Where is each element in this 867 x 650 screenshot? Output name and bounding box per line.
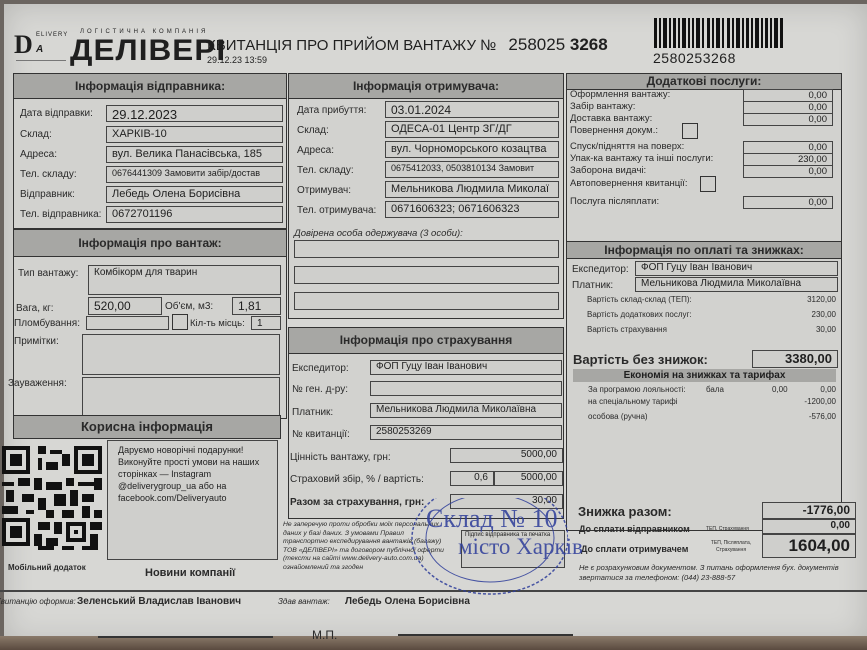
service-label: Оформлення вантажу:	[570, 89, 670, 100]
places-field[interactable]: 1	[251, 316, 281, 330]
payment-disclaimer: Не є розрахунковим документом. З питань …	[579, 563, 839, 582]
recipient-field-value[interactable]: вул. Чорноморського козацтва	[385, 141, 559, 158]
table-edge	[0, 636, 867, 650]
payment-forwarder-label: Експедитор:	[572, 264, 629, 275]
sender-field-label: Тел. складу:	[20, 169, 77, 180]
contract-number-label: № ген. д-ру:	[292, 384, 348, 395]
services-heading: Додаткові послуги:	[567, 74, 841, 90]
service-label: Доставка вантажу:	[570, 113, 652, 124]
seal-field[interactable]	[86, 316, 169, 330]
insurance-panel: Інформація про страхування	[288, 327, 564, 519]
sender-field-value[interactable]: 0672701196	[106, 206, 283, 223]
trusted-person-field[interactable]	[294, 292, 559, 310]
insurance-heading: Інформація про страхування	[289, 328, 563, 354]
trusted-person-field[interactable]	[294, 266, 559, 284]
barcode-icon	[654, 18, 784, 48]
cost-label: Вартість страхування	[587, 325, 667, 334]
service-label: Спуск/підняття на поверх:	[570, 141, 684, 152]
recipient-field-value[interactable]: 0671606323; 0671606323	[385, 201, 559, 218]
service-value[interactable]: 0,00	[743, 113, 833, 126]
notes-label: Примітки:	[14, 336, 59, 347]
payment-forwarder-field[interactable]: ФОП Гуцу Іван Іванович	[635, 261, 838, 276]
insurance-total-field[interactable]: 30,00	[450, 494, 563, 509]
receipt-suffix: 3268	[570, 35, 608, 54]
recipient-field-value[interactable]: ОДЕСА-01 Центр ЗГ/ДГ	[385, 121, 559, 138]
seal-checkbox[interactable]	[172, 314, 188, 330]
recipient-field-label: Тел. складу:	[297, 165, 354, 176]
insurance-payer-label: Платник:	[292, 407, 333, 418]
print-datetime: 29.12.23 13:59	[207, 55, 267, 65]
receipt-prefix: 258025	[508, 35, 565, 54]
cargo-type-field[interactable]: Комбікорм для тварин	[88, 265, 281, 295]
sender-field-label: Склад:	[20, 129, 52, 140]
insurance-fee-label: Страховий збір, % / вартість:	[290, 474, 424, 485]
insurance-fee-base-field[interactable]: 5000,00	[494, 471, 563, 486]
loyalty-value: 0,00	[820, 385, 836, 394]
cargo-heading: Інформація про вантаж:	[14, 230, 286, 257]
sender-field-value[interactable]: ХАРКІВ-10	[106, 126, 283, 143]
news-caption: Новини компанії	[145, 567, 235, 579]
remarks-label: Зауваження:	[8, 378, 67, 389]
cost-label: Вартість додаткових послуг:	[587, 310, 692, 319]
weight-field[interactable]: 520,00	[88, 297, 162, 315]
handed-by-label: Здав вантаж:	[278, 597, 330, 606]
issued-by-value: Зеленський Владислав Іванович	[77, 596, 241, 607]
delivery-auto-logo: D ELIVERY A	[14, 30, 62, 64]
signature-caption: Підпис відправника та печатка	[465, 532, 550, 538]
loyalty-points-value: 0,00	[772, 385, 788, 394]
recipient-field-value[interactable]: Мельникова Людмила Миколаї	[385, 181, 559, 198]
sender-field-value[interactable]: 0676441309 Замовити забір/достав	[106, 166, 283, 183]
insurance-payer-field[interactable]: Мельникова Людмила Миколаївна	[370, 403, 562, 418]
trusted-persons-label: Довірена особа одержувача (3 особи):	[294, 228, 463, 239]
recipient-field-label: Склад:	[297, 125, 329, 136]
service-label: Забір вантажу:	[570, 101, 635, 112]
contract-number-field[interactable]	[370, 381, 562, 396]
recipient-heading: Інформація отримувача:	[289, 74, 563, 99]
title-text: КВИТАНЦІЯ ПРО ПРИЙОМ ВАНТАЖУ №	[207, 37, 496, 54]
logo-underline	[16, 60, 66, 61]
recipient-field-value[interactable]: 0675412033, 0503810134 Замовит	[385, 161, 559, 178]
loyalty-points-label: бала	[706, 385, 724, 394]
manual-discount-label: особова (ручна)	[588, 412, 648, 421]
payment-heading: Інформація по оплаті та знижках:	[567, 242, 841, 259]
cargo-value-label: Цінність вантажу, грн:	[290, 452, 391, 463]
loyalty-label: За програмою лояльності:	[588, 385, 686, 394]
cost-value: 3120,00	[807, 295, 836, 304]
insurance-receipt-label: № квитанції:	[292, 429, 350, 440]
no-discount-value: 3380,00	[752, 350, 838, 368]
trusted-person-field[interactable]	[294, 240, 559, 258]
service-label: Упак-ка вантажу та інші послуги:	[570, 153, 713, 164]
cargo-type-label: Тип вантажу:	[18, 268, 78, 279]
notes-field[interactable]	[82, 334, 280, 375]
recipient-field-label: Тел. отримувача:	[297, 205, 376, 216]
consent-text: Не заперечую проти обробки моїх персонал…	[283, 521, 448, 573]
sender-field-value[interactable]: Лебедь Олена Борисівна	[106, 186, 283, 203]
handed-by-value: Лебедь Олена Борисівна	[345, 596, 470, 607]
useful-info-heading: Корисна інформація	[14, 416, 280, 438]
special-tariff-value: -1200,00	[804, 397, 836, 406]
insurance-fee-percent-field[interactable]: 0,6	[450, 471, 494, 486]
insurance-forwarder-label: Експедитор:	[292, 363, 349, 374]
service-value[interactable]: 0,00	[743, 165, 833, 178]
sender-pay-label: До сплати відправником	[579, 524, 690, 534]
recipient-field-label: Отримувач:	[297, 185, 351, 196]
insurance-forwarder-field[interactable]: ФОП Гуцу Іван Іванович	[370, 360, 562, 375]
signature-box[interactable]: Підпис відправника та печатка	[461, 530, 565, 568]
remarks-field[interactable]	[82, 377, 280, 417]
volume-field[interactable]: 1,81	[232, 297, 281, 315]
useful-info-panel: Корисна інформація	[13, 415, 281, 439]
recipient-pay-value: 1604,00	[762, 534, 856, 558]
special-tariff-label: на спеціальному тарифі	[588, 397, 678, 406]
barcode-number: 2580253268	[653, 50, 736, 66]
sender-field-value[interactable]: 29.12.2023	[106, 105, 283, 122]
sender-field-value[interactable]: вул. Велика Панасівська, 185	[106, 146, 283, 163]
volume-label: Об'єм, м3:	[165, 301, 213, 312]
weight-label: Вага, кг:	[16, 303, 54, 314]
divider	[0, 590, 867, 592]
discount-total-value: -1776,00	[762, 502, 856, 519]
recipient-field-label: Адреса:	[297, 145, 334, 156]
cost-value: 230,00	[812, 310, 836, 319]
promo-text: Даруємо новорічні подарунки! Виконуйте п…	[118, 445, 259, 503]
qr-caption: Мобільний додаток	[8, 563, 86, 572]
recipient-field-value[interactable]: 03.01.2024	[385, 101, 559, 118]
payment-payer-field[interactable]: Мельникова Людмила Миколаївна	[635, 277, 838, 292]
payment-payer-label: Платник:	[572, 280, 613, 291]
service-label: Автоповернення квитанції:	[570, 178, 688, 189]
cost-label: Вартість склад-склад (ТЕП):	[587, 295, 692, 304]
sender-field-label: Відправник:	[20, 189, 75, 200]
signature-line-sender	[398, 634, 573, 636]
sender-field-label: Дата відправки:	[20, 108, 93, 119]
insurance-total-label: Разом за страхування, грн:	[290, 497, 424, 508]
insurance-receipt-field[interactable]: 2580253269	[370, 425, 562, 440]
qr-code-icon[interactable]	[2, 446, 102, 554]
logo-text-bottom: A	[36, 44, 43, 55]
stamp-place-label: М.П.	[312, 628, 337, 642]
sender-field-label: Тел. відправника:	[20, 209, 101, 220]
logo-text-top: ELIVERY	[36, 32, 68, 38]
sender-field-label: Адреса:	[20, 149, 57, 160]
no-discount-label: Вартість без знижок:	[573, 352, 708, 367]
service-checkbox[interactable]	[700, 176, 716, 192]
places-label: Кіл-ть місць:	[190, 318, 245, 329]
promo-text-box: Даруємо новорічні подарунки! Виконуйте п…	[107, 440, 278, 560]
discount-total-label: Знижка разом:	[578, 504, 672, 519]
sender-heading: Інформація відправника:	[14, 74, 286, 99]
recipient-field-label: Дата прибуття:	[297, 105, 366, 116]
recipient-pay-note: ТЕП, Післяплата, Страхування	[706, 540, 756, 554]
savings-heading: Економія на знижках та тарифах	[573, 369, 836, 382]
seal-label: Пломбування:	[14, 318, 80, 329]
recipient-pay-label: До сплати отримувачем	[581, 544, 688, 554]
service-value[interactable]: 0,00	[743, 196, 833, 209]
receipt-number: 258025 3268	[508, 35, 607, 54]
sender-pay-note: ТЕП, Страхування	[706, 526, 749, 532]
signature-line-issuer	[98, 636, 273, 638]
sender-pay-value: 0,00	[762, 519, 856, 534]
service-label: Повернення докум.:	[570, 125, 658, 136]
logo-letter: D	[14, 30, 33, 60]
service-checkbox[interactable]	[682, 123, 698, 139]
issued-by-label: Квитанцію оформив:	[0, 597, 76, 606]
service-label: Заборона видачі:	[570, 165, 646, 176]
brand-name: ДЕЛІВЕРІ	[70, 34, 226, 68]
manual-discount-value: -576,00	[809, 412, 836, 421]
cargo-value-field[interactable]: 5000,00	[450, 448, 563, 463]
cost-value: 30,00	[816, 325, 836, 334]
service-label: Послуга післяплати:	[570, 196, 659, 207]
document-title: КВИТАНЦІЯ ПРО ПРИЙОМ ВАНТАЖУ № 258025 32…	[207, 35, 608, 55]
